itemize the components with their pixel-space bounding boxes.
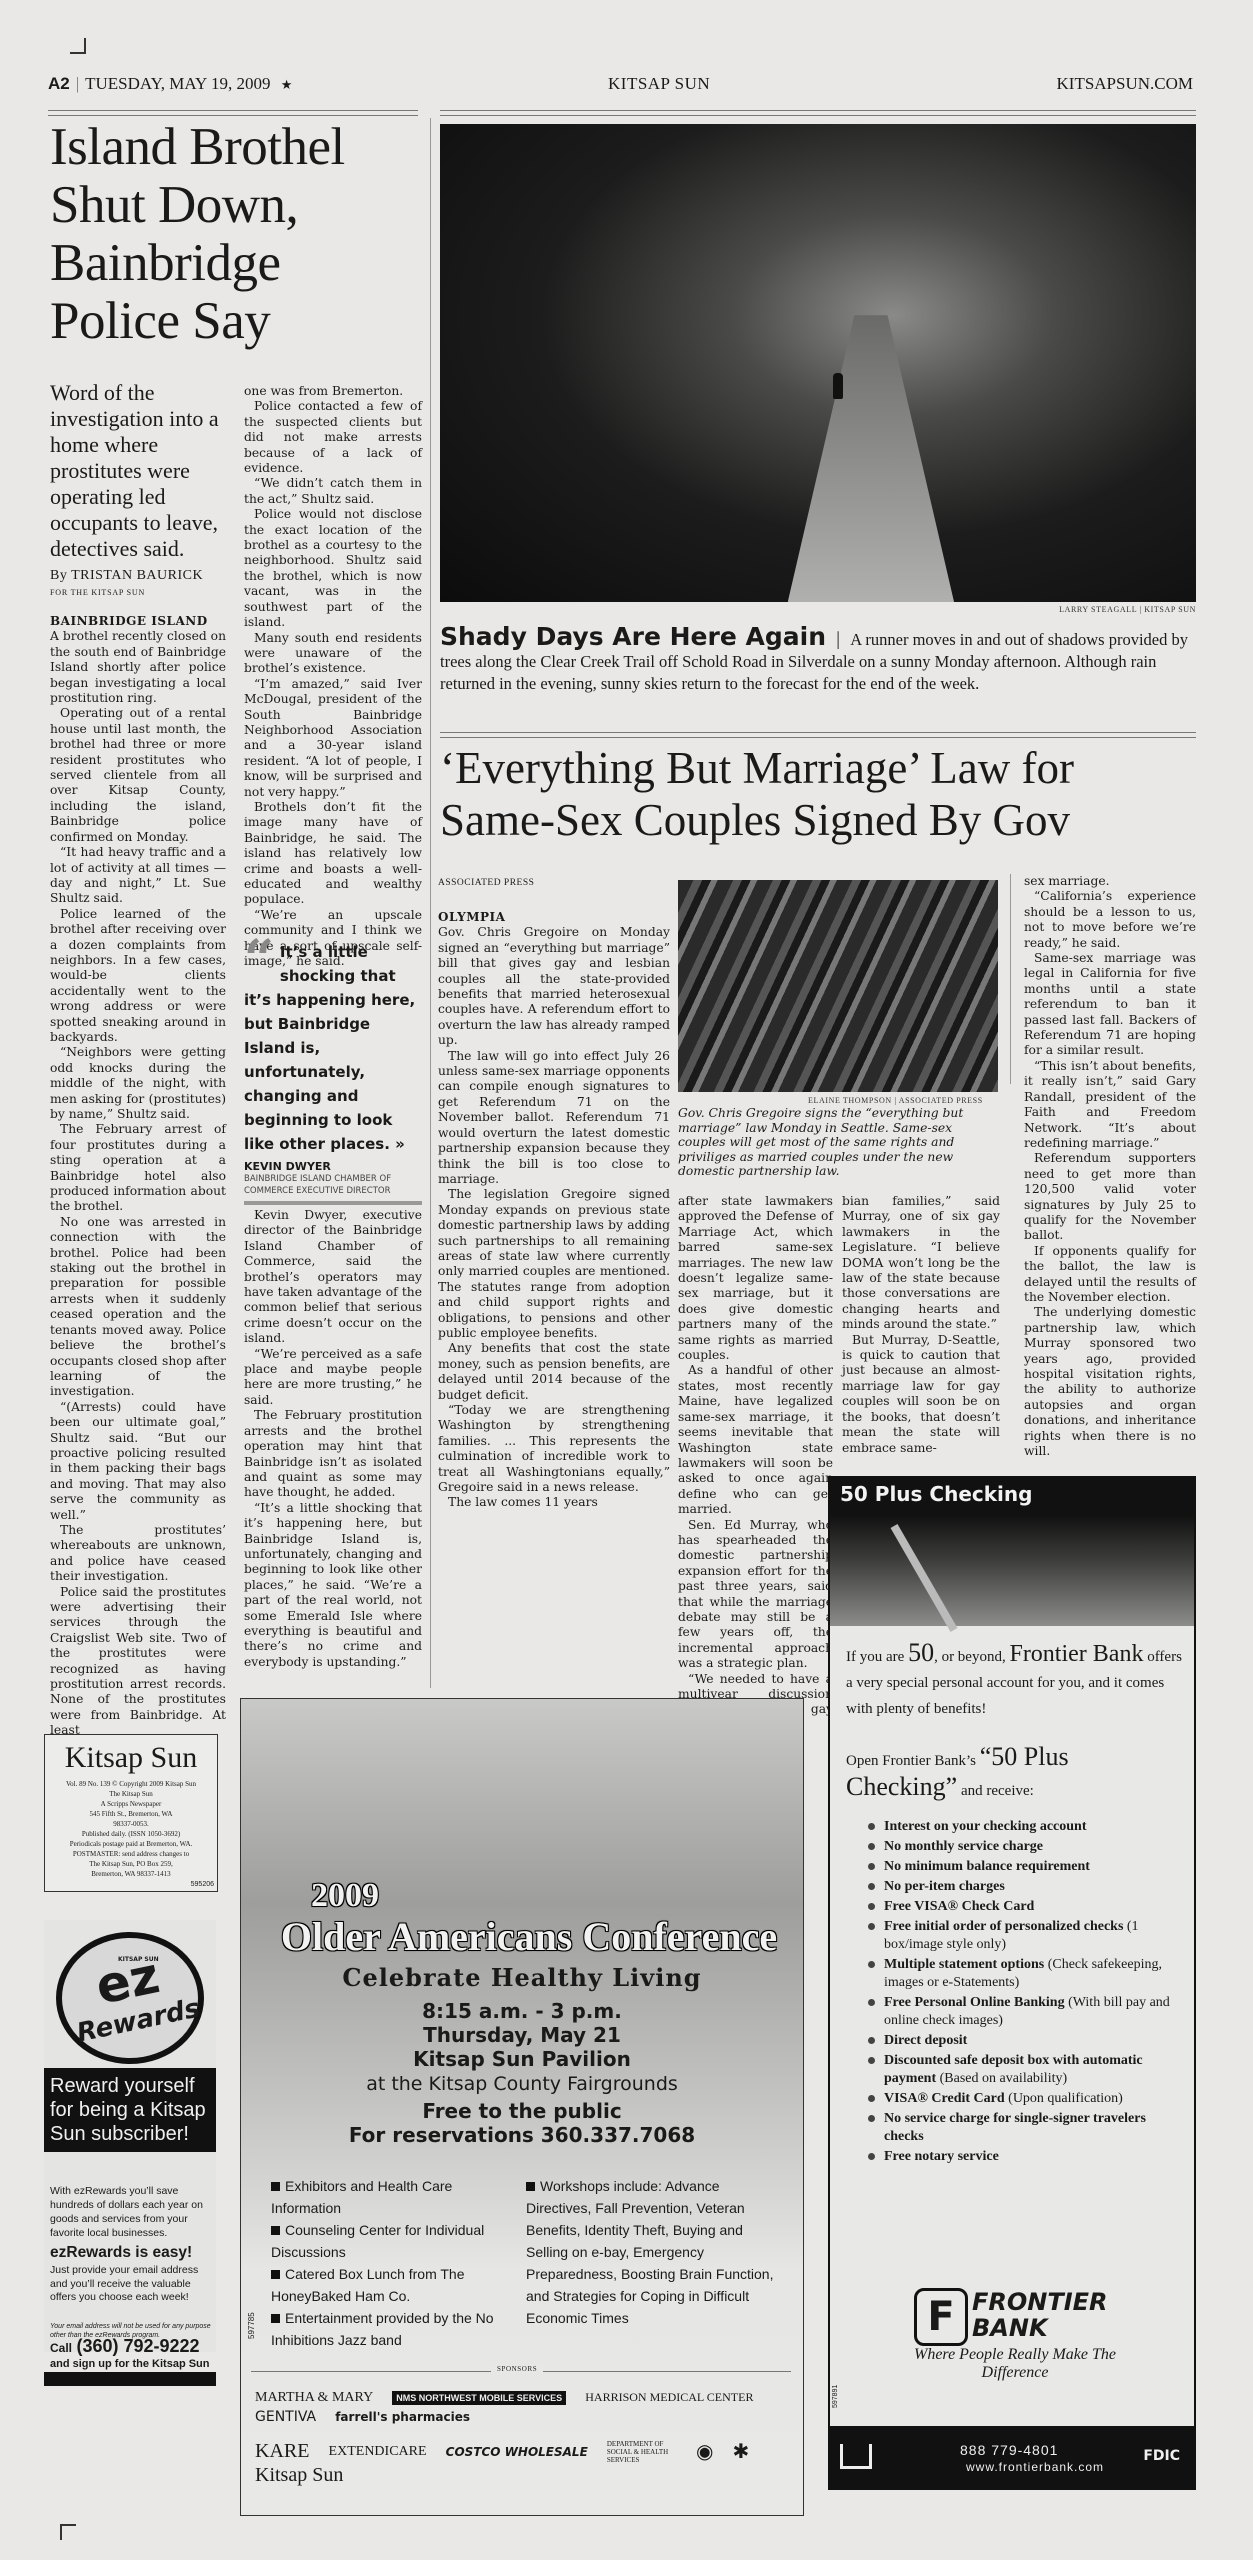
photo-credit: LARRY STEAGALL | KITSAP SUN xyxy=(1059,605,1196,614)
paragraph: Police learned of the brothel after rece… xyxy=(50,907,226,1046)
paragraph: But Murray, D-Seattle, is quick to cauti… xyxy=(842,1333,1000,1456)
paragraph: Sen. Ed Murray, who has spearheaded the … xyxy=(678,1518,833,1672)
byline: By TRISTAN BAURICK xyxy=(50,568,203,584)
brothel-column-2a: one was from Bremerton. Police contacted… xyxy=(244,384,422,969)
frontier-intro: If you are 50, or beyond, Frontier Bank … xyxy=(846,1640,1182,1722)
paragraph: Many south end residents were unaware of… xyxy=(244,631,422,677)
sponsor-logo: DEPARTMENT OF SOCIAL & HEALTH SERVICES xyxy=(607,2440,677,2464)
paragraph: The underlying domestic partnership law,… xyxy=(1024,1305,1196,1459)
paragraph: “We didn’t catch them in the act,” Shult… xyxy=(244,476,422,507)
oac-item: Counseling Center for Individual Discuss… xyxy=(271,2219,501,2263)
oac-price: Free to the public xyxy=(241,2099,803,2123)
oac-location: at the Kitsap County Fairgrounds xyxy=(241,2073,803,2095)
paragraph: If opponents qualify for the ballot, the… xyxy=(1024,1244,1196,1306)
paragraph: “California’s experience should be a les… xyxy=(1024,889,1196,951)
ez-phone[interactable]: (360) 792-9222 xyxy=(76,2336,199,2356)
trail-photo xyxy=(440,124,1196,602)
paragraph: As a handful of other states, most recen… xyxy=(678,1363,833,1517)
marriage-column-4: sex marriage. “California’s experience s… xyxy=(1024,874,1196,1459)
paragraph: “I’m amazed,” said Iver McDougal, presid… xyxy=(244,677,422,800)
column-divider xyxy=(1010,874,1011,1084)
open-quote-icon: “ xyxy=(244,940,274,980)
wire-credit: ASSOCIATED PRESS xyxy=(438,878,534,888)
paragraph: The February prostitution arrests and th… xyxy=(244,1408,422,1500)
benefit-item: Multiple statement options (Check safeke… xyxy=(866,1956,1176,1992)
brothel-deck: Word of the investigation into a home wh… xyxy=(50,380,230,562)
sponsor-logo: MARTHA & MARY xyxy=(255,2390,373,2406)
pull-quote: “ It’s a little shocking that it’s happe… xyxy=(244,940,422,1205)
column-divider xyxy=(430,118,431,1688)
dateline: BAINBRIDGE ISLAND xyxy=(50,614,226,629)
paragraph: bian families,” said Murray, one of six … xyxy=(842,1194,1000,1333)
publication-info-box: Kitsap Sun Vol. 89 No. 139 © Copyright 2… xyxy=(44,1734,218,1892)
photo-caption: Gov. Chris Gregoire signs the “everythin… xyxy=(678,1106,1000,1179)
photo-cutline: Shady Days Are Here Again | A runner mov… xyxy=(440,622,1196,695)
paragraph: “Today we are strengthening Washington b… xyxy=(438,1403,670,1495)
sponsor-logo: NMS NORTHWEST MOBILE SERVICES xyxy=(392,2391,566,2405)
ez-rewards-logo: KITSAP SUN ez Rewards xyxy=(56,1932,204,2064)
brothel-headline: Island Brothel Shut Down, Bainbridge Pol… xyxy=(50,118,390,350)
equal-housing-icon xyxy=(840,2444,872,2469)
byline-credit: FOR THE KITSAP SUN xyxy=(50,588,145,597)
sponsor-logo: Kitsap Sun xyxy=(255,2464,343,2487)
paragraph: “This isn’t about benefits, it really is… xyxy=(1024,1059,1196,1151)
benefit-item: Free notary service xyxy=(866,2148,1176,2166)
brothel-column-2b: Kevin Dwyer, executive director of the B… xyxy=(244,1208,422,1670)
pull-quote-bar xyxy=(244,1201,422,1205)
paragraph: No one was arrested in connection with t… xyxy=(50,1215,226,1400)
paragraph: The prostitutes’ whereabouts are unknown… xyxy=(50,1523,226,1585)
frontier-tagline: Where People Really Make The Difference xyxy=(910,2346,1120,2382)
page-header: A2|TUESDAY, MAY 19, 2009 ★ KITSAP SUN KI… xyxy=(48,74,1193,104)
ez-body-2: Just provide your email address and you’… xyxy=(50,2264,212,2305)
ez-subhead: ezRewards is easy! xyxy=(50,2244,192,2262)
frontier-url[interactable]: www.frontierbank.com xyxy=(966,2460,1104,2474)
paragraph: Brothels don’t fit the image many have o… xyxy=(244,800,422,908)
paragraph: The law will go into effect July 26 unle… xyxy=(438,1049,670,1188)
oac-item: Catered Box Lunch from The HoneyBaked Ha… xyxy=(271,2263,501,2307)
frontier-f-icon: F xyxy=(914,2288,968,2346)
oac-item: Workshops include: Advance Directives, F… xyxy=(526,2175,776,2329)
paragraph: after state lawmakers approved the Defen… xyxy=(678,1194,833,1363)
benefit-item: No minimum balance requirement xyxy=(866,1858,1176,1876)
close-quote-icon: » xyxy=(395,1135,405,1153)
benefit-item: VISA® Credit Card (Upon qualification) xyxy=(866,2090,1176,2108)
issue-date: TUESDAY, MAY 19, 2009 xyxy=(85,74,270,93)
benefit-item: Free Personal Online Banking (With bill … xyxy=(866,1994,1176,2030)
paragraph: Police would not disclose the exact loca… xyxy=(244,507,422,630)
paragraph: “It’s a little shocking that it’s happen… xyxy=(244,1501,422,1670)
sponsor-logo: COSTCO WHOLESALE xyxy=(446,2445,588,2459)
frontier-header-title: 50 Plus Checking xyxy=(840,1482,1032,1506)
brothel-column-1: BAINBRIDGE ISLAND A brothel recently clo… xyxy=(50,614,226,1739)
oac-year: 2009 xyxy=(311,1877,379,1915)
fdic-logo: FDIC xyxy=(1143,2448,1180,2464)
crop-mark xyxy=(60,2524,76,2540)
ez-body: With ezRewards you’ll save hundreds of d… xyxy=(50,2184,212,2240)
frontier-open: Open Frontier Bank’s “50 Plus Checking” … xyxy=(846,1744,1182,1804)
sponsor-logo: EXTENDICARE xyxy=(329,2444,427,2460)
benefit-item: Free initial order of personalized check… xyxy=(866,1918,1176,1954)
oac-date: Thursday, May 21 xyxy=(241,2023,803,2047)
star-icon: ★ xyxy=(281,77,293,92)
ez-banner: Reward yourself for being a Kitsap Sun s… xyxy=(44,2068,216,2152)
frontier-footer: 888 779-4801 www.frontierbank.com FDIC xyxy=(830,2426,1194,2488)
marriage-column-2: after state lawmakers approved the Defen… xyxy=(678,1194,833,1733)
benefits-list: Interest on your checking account No mon… xyxy=(866,1818,1176,2168)
benefit-item: No monthly service charge xyxy=(866,1838,1176,1856)
benefit-item: No per-item charges xyxy=(866,1878,1176,1896)
masthead: KITSAP SUN xyxy=(608,74,710,94)
benefit-item: Interest on your checking account xyxy=(866,1818,1176,1836)
paragraph: Kevin Dwyer, executive director of the B… xyxy=(244,1208,422,1347)
ad-code: 597785 xyxy=(247,2312,256,2339)
sponsors-row-2: KARE EXTENDICARE COSTCO WHOLESALE DEPART… xyxy=(255,2439,795,2487)
paragraph: Gov. Chris Gregoire on Monday signed an … xyxy=(438,925,670,1048)
marriage-column-3: bian families,” said Murray, one of six … xyxy=(842,1194,1000,1456)
site-link[interactable]: KITSAPSUN.COM xyxy=(1057,74,1194,94)
older-americans-ad[interactable]: 2009 Older Americans Conference Celebrat… xyxy=(240,1698,804,2516)
oac-right-list: Workshops include: Advance Directives, F… xyxy=(526,2175,776,2329)
frontier-header: 50 Plus Checking xyxy=(830,1478,1194,1626)
marriage-column-1: OLYMPIA Gov. Chris Gregoire on Monday si… xyxy=(438,910,670,1511)
oac-time: 8:15 a.m. - 3 p.m. xyxy=(241,1999,803,2023)
sponsor-logo: KARE xyxy=(255,2440,309,2463)
benefit-item: No service charge for single-signer trav… xyxy=(866,2110,1176,2146)
oac-item: Entertainment provided by the No Inhibit… xyxy=(271,2307,501,2351)
ez-footer-bar xyxy=(44,2372,216,2386)
sponsor-logo: ✱ xyxy=(733,2439,750,2464)
call-label: Call xyxy=(50,2341,72,2355)
pull-quote-name: KEVIN DWYER xyxy=(244,1160,422,1173)
cutline-title: Shady Days Are Here Again xyxy=(440,622,826,651)
sponsors-row-1: MARTHA & MARY NMS NORTHWEST MOBILE SERVI… xyxy=(255,2387,795,2425)
pull-quote-title: BAINBRIDGE ISLAND CHAMBER OF COMMERCE EX… xyxy=(244,1173,422,1197)
benefit-item: Direct deposit xyxy=(866,2032,1176,2050)
sponsor-logo: HARRISON MEDICAL CENTER xyxy=(585,2390,753,2405)
ez-rewards-ad[interactable]: KITSAP SUN ez Rewards Reward yourself fo… xyxy=(44,1920,216,2352)
header-rule-left xyxy=(48,110,418,116)
dateline: OLYMPIA xyxy=(438,910,670,925)
header-rule-right xyxy=(440,110,1196,116)
benefit-item: Free VISA® Check Card xyxy=(866,1898,1176,1916)
frontier-logo: F FRONTIER BANK xyxy=(914,2288,1124,2344)
runner-figure xyxy=(833,373,843,399)
pen-illustration xyxy=(891,1524,958,1632)
oac-reservations[interactable]: For reservations 360.337.7068 xyxy=(241,2123,803,2147)
paragraph: The February arrest of four prostitutes … xyxy=(50,1122,226,1214)
publication-info: Vol. 89 No. 139 © Copyright 2009 Kitsap … xyxy=(45,1779,217,1879)
oac-left-list: Exhibitors and Health Care Information C… xyxy=(271,2175,501,2351)
paragraph: Any benefits that cost the state money, … xyxy=(438,1341,670,1403)
paragraph: Same-sex marriage was legal in Californi… xyxy=(1024,951,1196,1059)
page-number: A2 xyxy=(48,74,70,93)
kitsap-sun-logo: Kitsap Sun xyxy=(45,1741,217,1775)
section-rule xyxy=(440,732,1196,738)
paragraph: Police contacted a few of the suspected … xyxy=(244,399,422,476)
benefit-item: Discounted safe deposit box with automat… xyxy=(866,2052,1176,2088)
paragraph: sex marriage. xyxy=(1024,874,1196,889)
ad-code: 597891 xyxy=(832,2385,839,2408)
ad-code: 595206 xyxy=(191,1881,214,1888)
oac-subtitle: Celebrate Healthy Living xyxy=(241,1963,803,1992)
paragraph: Operating out of a rental house until la… xyxy=(50,706,226,845)
sponsor-logo: farrell's pharmacies xyxy=(335,2410,470,2424)
oac-title: Older Americans Conference xyxy=(269,1913,789,1960)
paragraph: one was from Bremerton. xyxy=(244,384,422,399)
crop-mark xyxy=(70,38,86,54)
paragraph: “Neighbors were getting odd knocks durin… xyxy=(50,1045,226,1122)
sponsor-logo: ◉ xyxy=(696,2439,713,2464)
sponsor-logo: GENTIVA xyxy=(255,2409,316,2425)
paragraph: Police said the prostitutes were adverti… xyxy=(50,1585,226,1739)
paragraph: The legislation Gregoire signed Monday e… xyxy=(438,1187,670,1341)
paragraph: “We’re perceived as a safe place and may… xyxy=(244,1347,422,1409)
photo-credit: ELAINE THOMPSON | ASSOCIATED PRESS xyxy=(808,1096,983,1105)
paragraph: The law comes 11 years xyxy=(438,1495,670,1510)
trail-path xyxy=(788,315,954,602)
sponsors-label: SPONSORS xyxy=(491,2365,543,2373)
paragraph: A brothel recently closed on the south e… xyxy=(50,629,226,706)
paragraph: “It had heavy traffic and a lot of activ… xyxy=(50,845,226,907)
paragraph: Referendum supporters need to get more t… xyxy=(1024,1151,1196,1243)
paragraph: “(Arrests) could have been our ultimate … xyxy=(50,1400,226,1523)
oac-venue: Kitsap Sun Pavilion xyxy=(241,2047,803,2071)
frontier-bank-ad[interactable]: 50 Plus Checking If you are 50, or beyon… xyxy=(828,1476,1196,2490)
oac-item: Exhibitors and Health Care Information xyxy=(271,2175,501,2219)
signing-photo xyxy=(678,880,998,1092)
frontier-phone[interactable]: 888 779-4801 xyxy=(960,2442,1058,2458)
marriage-headline: ‘Everything But Marriage’ Law for Same-S… xyxy=(440,742,1200,846)
